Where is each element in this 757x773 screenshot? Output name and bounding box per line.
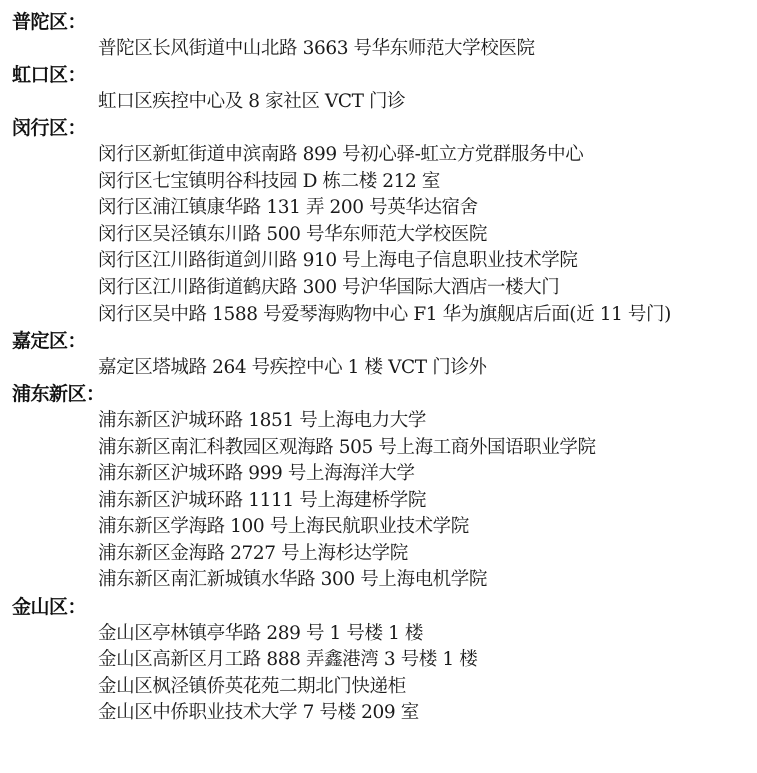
address-entry: 浦东新区沪城环路 1851 号上海电力大学 [12, 408, 757, 435]
address-entry: 浦东新区沪城环路 1111 号上海建桥学院 [12, 488, 757, 515]
address-entry: 金山区中侨职业技术大学 7 号楼 209 室 [12, 700, 757, 727]
address-entry: 闵行区江川路街道剑川路 910 号上海电子信息职业技术学院 [12, 248, 757, 275]
district-pudong: 浦东新区： 浦东新区沪城环路 1851 号上海电力大学 浦东新区南汇科教园区观海… [12, 381, 757, 594]
district-heading: 普陀区： [12, 9, 757, 36]
district-heading: 虹口区： [12, 62, 757, 89]
district-jinshan: 金山区： 金山区亭林镇亭华路 289 号 1 号楼 1 楼 金山区高新区月工路 … [12, 594, 757, 727]
address-entry: 闵行区吴泾镇东川路 500 号华东师范大学校医院 [12, 222, 757, 249]
address-entry: 闵行区七宝镇明谷科技园 D 栋二楼 212 室 [12, 169, 757, 196]
address-entry: 浦东新区南汇新城镇水华路 300 号上海电机学院 [12, 567, 757, 594]
district-jiading: 嘉定区： 嘉定区塔城路 264 号疾控中心 1 楼 VCT 门诊外 [12, 328, 757, 381]
address-entry: 金山区亭林镇亭华路 289 号 1 号楼 1 楼 [12, 621, 757, 648]
address-entry: 闵行区浦江镇康华路 131 弄 200 号英华达宿舍 [12, 195, 757, 222]
district-heading: 浦东新区： [12, 381, 757, 408]
district-putuo: 普陀区： 普陀区长风街道中山北路 3663 号华东师范大学校医院 [12, 9, 757, 62]
address-entry: 金山区枫泾镇侨英花苑二期北门快递柜 [12, 674, 757, 701]
address-entry: 嘉定区塔城路 264 号疾控中心 1 楼 VCT 门诊外 [12, 355, 757, 382]
district-hongkou: 虹口区： 虹口区疾控中心及 8 家社区 VCT 门诊 [12, 62, 757, 115]
district-minhang: 闵行区： 闵行区新虹街道申滨南路 899 号初心驿-虹立方党群服务中心 闵行区七… [12, 115, 757, 328]
address-entry: 闵行区新虹街道申滨南路 899 号初心驿-虹立方党群服务中心 [12, 142, 757, 169]
address-entry: 闵行区吴中路 1588 号爱琴海购物中心 F1 华为旗舰店后面(近 11 号门) [12, 302, 757, 329]
address-entry: 普陀区长风街道中山北路 3663 号华东师范大学校医院 [12, 36, 757, 63]
district-heading: 嘉定区： [12, 328, 757, 355]
address-entry: 浦东新区南汇科教园区观海路 505 号上海工商外国语职业学院 [12, 435, 757, 462]
address-entry: 浦东新区金海路 2727 号上海杉达学院 [12, 541, 757, 568]
address-entry: 浦东新区沪城环路 999 号上海海洋大学 [12, 461, 757, 488]
district-heading: 金山区： [12, 594, 757, 621]
address-entry: 金山区高新区月工路 888 弄鑫港湾 3 号楼 1 楼 [12, 647, 757, 674]
address-document: 普陀区： 普陀区长风街道中山北路 3663 号华东师范大学校医院 虹口区： 虹口… [12, 9, 757, 727]
address-entry: 闵行区江川路街道鹤庆路 300 号沪华国际大酒店一楼大门 [12, 275, 757, 302]
address-entry: 虹口区疾控中心及 8 家社区 VCT 门诊 [12, 89, 757, 116]
district-heading: 闵行区： [12, 115, 757, 142]
address-entry: 浦东新区学海路 100 号上海民航职业技术学院 [12, 514, 757, 541]
